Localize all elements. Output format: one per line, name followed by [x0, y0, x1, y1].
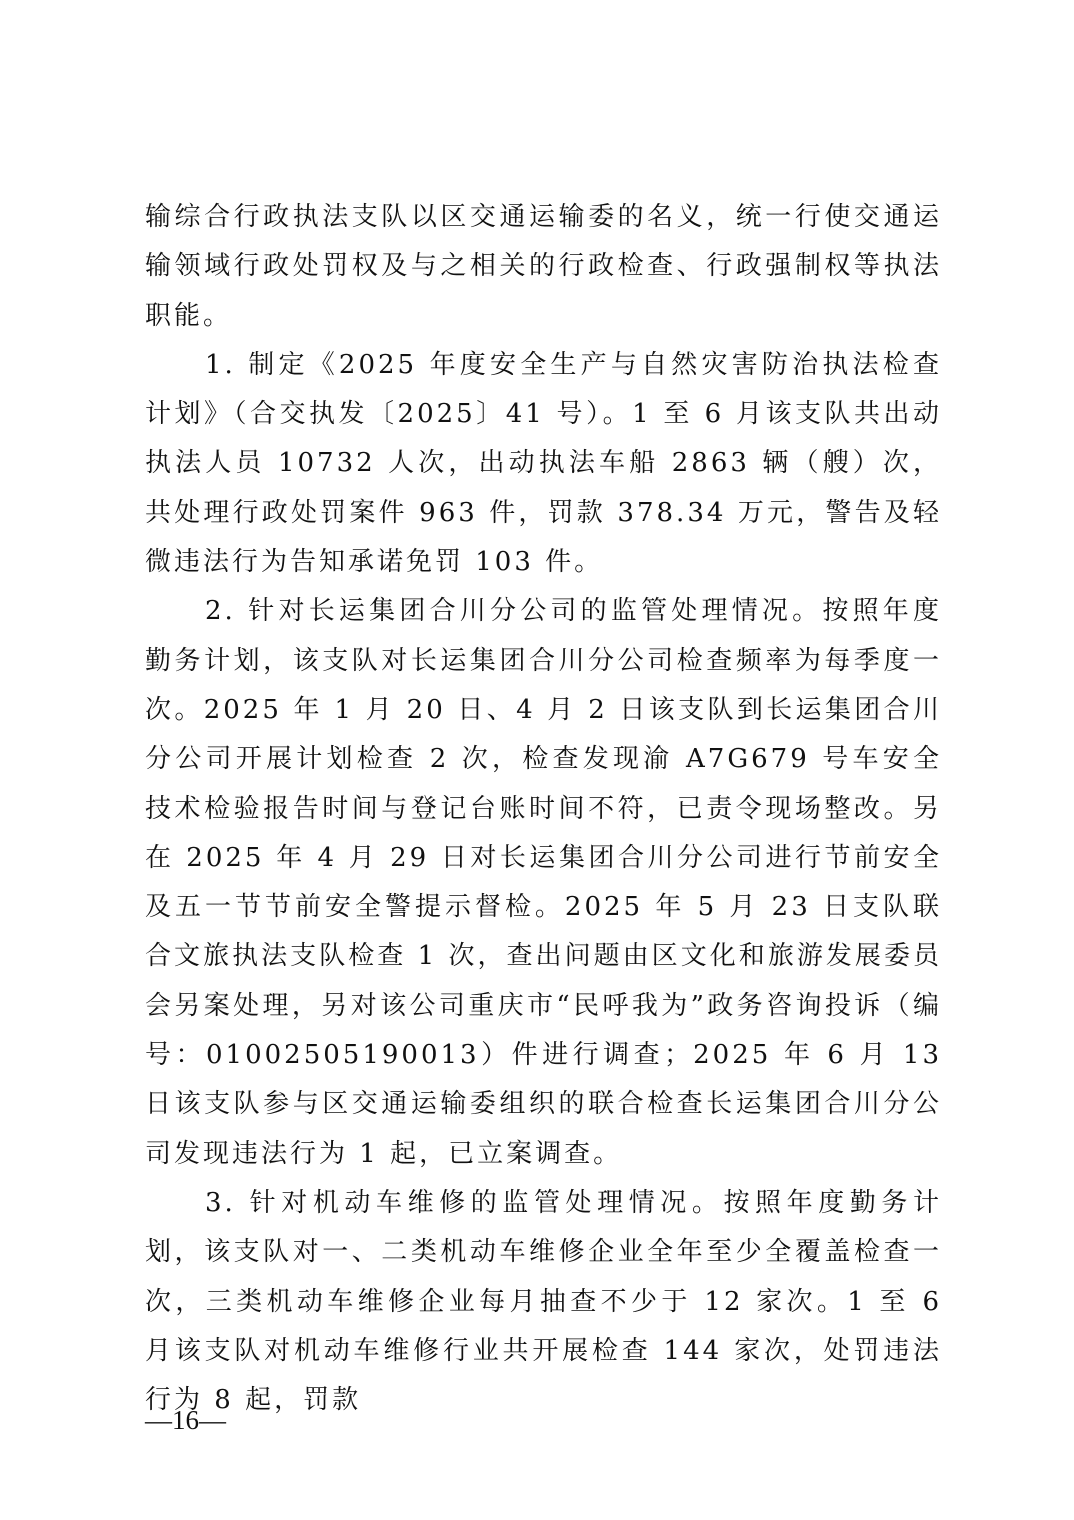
paragraph-item-2-changyun-supervision: 2. 针对长运集团合川分公司的监管处理情况。按照年度勤务计划，该支队对长运集团合… [145, 587, 942, 1179]
page-number: —16— [145, 1405, 226, 1436]
paragraph-continuation: 输综合行政执法支队以区交通运输委的名义，统一行使交通运输领域行政处罚权及与之相关… [145, 193, 942, 341]
body-text: 输综合行政执法支队以区交通运输委的名义，统一行使交通运输领域行政处罚权及与之相关… [145, 193, 942, 1425]
document-page: 输综合行政执法支队以区交通运输委的名义，统一行使交通运输领域行政处罚权及与之相关… [0, 0, 1074, 1520]
paragraph-item-1-enforcement-plan: 1. 制定《2025 年度安全生产与自然灾害防治执法检查计划》（合交执发〔202… [145, 341, 942, 587]
paragraph-item-3-vehicle-repair-supervision: 3. 针对机动车维修的监管处理情况。按照年度勤务计划，该支队对一、二类机动车维修… [145, 1179, 942, 1425]
